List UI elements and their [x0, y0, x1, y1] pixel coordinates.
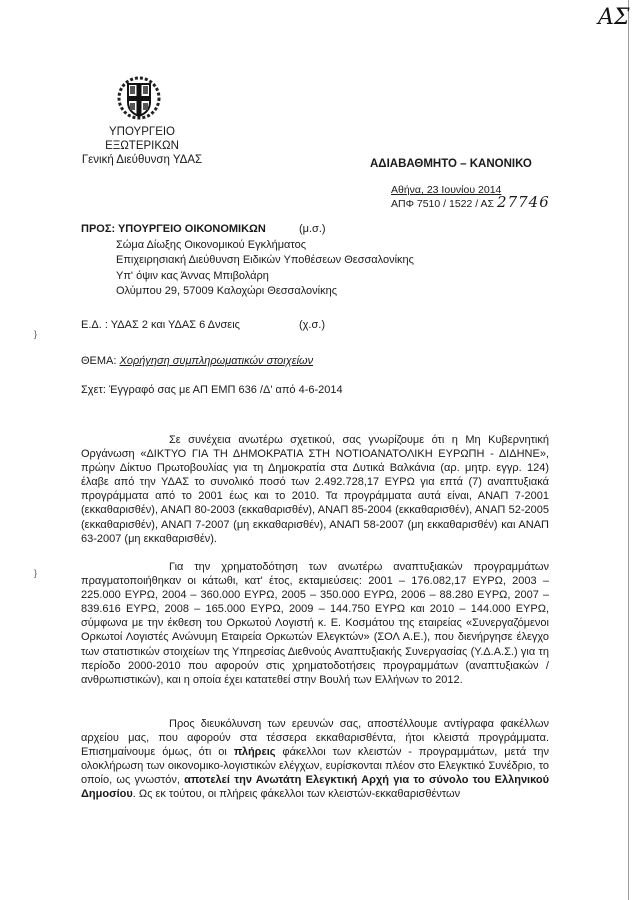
subject-value: Χορήγηση συμπληρωματικών στοιχείων	[120, 355, 314, 367]
paragraph-text: Προς διευκόλυνση των ερευνών σας, αποστέ…	[81, 717, 549, 802]
recipient-label: ΠΡΟΣ: ΥΠΟΥΡΓΕΙΟ ΟΙΚΟΝΟΜΙΚΩΝ	[81, 223, 266, 235]
recipient-line: Ολύμπου 29, 57009 Καλοχώρι Θεσσαλονίκης	[81, 284, 414, 300]
protocol-prefix: ΑΠΦ 7510 / 1522 / ΑΣ	[391, 198, 494, 210]
recipient-block: ΠΡΟΣ: ΥΠΟΥΡΓΕΙΟ ΟΙΚΟΝΟΜΙΚΩΝ (μ.σ.) Σώμα …	[81, 222, 414, 300]
protocol-number: ΑΠΦ 7510 / 1522 / ΑΣ27746	[391, 196, 550, 210]
recipient-line: Υπ' όψιν κας Άννας Μπιβολάρη	[81, 269, 414, 285]
subject-line: ΘΕΜΑ: Χορήγηση συμπληρωματικών στοιχείων	[81, 355, 313, 367]
date-protocol-block: Αθήνα, 23 Ιουνίου 2014 ΑΠΦ 7510 / 1522 /…	[391, 184, 550, 210]
protocol-handwritten-number: 27746	[497, 193, 550, 211]
margin-mark: }	[34, 568, 37, 578]
internal-distribution-text: Ε.Δ. : ΥΔΑΣ 2 και ΥΔΑΣ 6 Δνσεις	[81, 319, 240, 331]
paragraph-text: Για την χρηματοδότηση των ανωτέρω αναπτυ…	[81, 560, 549, 687]
internal-distribution: Ε.Δ. : ΥΔΑΣ 2 και ΥΔΑΣ 6 Δνσεις (χ.σ.)	[81, 319, 381, 331]
handwritten-initials: ΑΣ	[598, 5, 629, 30]
margin-mark: }	[34, 329, 37, 339]
ministry-header: ΥΠΟΥΡΓΕΙΟ ΕΞΩΤΕΡΙΚΩΝ Γενική Διεύθυνση ΥΔ…	[77, 125, 207, 167]
paragraph-text: Σε συνέχεια ανωτέρω σχετικού, σας γνωρίζ…	[81, 433, 549, 546]
bold-text-run: πλήρεις	[234, 746, 276, 758]
recipient-mode: (μ.σ.)	[299, 222, 326, 238]
scan-edge-line	[628, 0, 629, 900]
internal-distribution-mode: (χ.σ.)	[299, 319, 325, 331]
classification-label: ΑΔΙΑΒΑΘΜΗΤΟ – ΚΑΝΟΝΙΚΟ	[370, 158, 532, 170]
ministry-name: ΥΠΟΥΡΓΕΙΟ ΕΞΩΤΕΡΙΚΩΝ	[77, 125, 207, 153]
text-run: . Ως εκ τούτου, οι πλήρεις φάκελλοι των …	[133, 788, 460, 800]
greek-coat-of-arms-icon	[117, 76, 161, 122]
recipient-line: Σώμα Δίωξης Οικονομικού Εγκλήματος	[81, 238, 414, 254]
reference-line: Σχετ: Έγγραφό σας με ΑΠ ΕΜΠ 636 /Δ' από …	[81, 384, 343, 396]
body-paragraph-3: Προς διευκόλυνση των ερευνών σας, αποστέ…	[81, 717, 549, 802]
directorate-name: Γενική Διεύθυνση ΥΔΑΣ	[77, 153, 207, 167]
body-paragraph-1: Σε συνέχεια ανωτέρω σχετικού, σας γνωρίζ…	[81, 433, 549, 546]
recipient-line: Επιχειρησιακή Διεύθυνση Ειδικών Υποθέσεω…	[81, 253, 414, 269]
subject-label: ΘΕΜΑ:	[81, 355, 116, 367]
body-paragraph-2: Για την χρηματοδότηση των ανωτέρω αναπτυ…	[81, 560, 549, 687]
